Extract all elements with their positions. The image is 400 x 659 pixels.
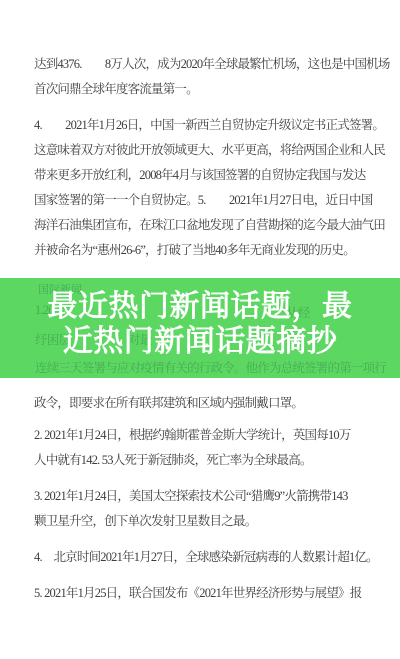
article-page: 达到4376. 8万人次，成为2020年全球最繁忙机场，这也是中国机场 首次问鼎… [0,0,400,659]
title-banner: 国际新闻 1.20 从经 纾困层 对最 连续三天签署与应对疫情有关的行政令。他作… [0,278,400,378]
text-line: 达到4376. 8万人次，成为2020年全球最繁忙机场，这也是中国机场 [34,52,372,77]
paragraph-un-report: 5. 2021年1月25日，联合国发布《2021年世界经济形势与展望》报 [34,581,372,606]
text-line: 首次问鼎全球年度客流量第一。 [34,77,372,102]
paragraph-global-cases: 4. 北京时间2021年1月27日，全球感染新冠病毒的人数累计超1亿。 [34,545,372,570]
paragraph-trade-agreement: 4. 2021年1月26日，中国一新西兰自贸协定升级议定书正式签署。 这意味着双… [34,113,372,263]
text-line: 政令，即要求在所有联邦建筑和区域内强制戴口罩。 [34,391,372,416]
text-line: 3. 2021年1月24日，美国太空探索技术公司“猎鹰9”火箭携带143 [34,484,372,509]
paragraph-uk-covid: 2. 2021年1月24日，根据约翰斯霍普金斯大学统计，英国每10万 人中就有1… [34,423,372,473]
text-line: 国家签署的第一一个自贸协定。5. 2021年1月27日电，近日中国 [34,188,372,213]
text-line: 4. 北京时间2021年1月27日，全球感染新冠病毒的人数累计超1亿。 [34,545,372,570]
article-text-upper: 达到4376. 8万人次，成为2020年全球最繁忙机场，这也是中国机场 首次问鼎… [34,52,372,274]
text-line: 4. 2021年1月26日，中国一新西兰自贸协定升级议定书正式签署。 [34,113,372,138]
article-text-lower: 政令，即要求在所有联邦建筑和区域内强制戴口罩。 2. 2021年1月24日，根据… [34,391,372,617]
text-line: 颗卫星升空，创下单次发射卫星数目之最。 [34,509,372,534]
banner-title-line-1: 最近热门新闻话题，最 [0,289,400,324]
text-line: 海洋石油集团宣布，在珠江口盆地发现了自营勘探的迄今最大油气田 [34,213,372,238]
text-line: 这意味着双方对彼此开放领域更大、水平更高，将给两国企业和人民 [34,138,372,163]
paragraph-airport: 达到4376. 8万人次，成为2020年全球最繁忙机场，这也是中国机场 首次问鼎… [34,52,372,102]
text-line: 人中就有142. 53人死于新冠肺炎，死亡率为全球最高。 [34,448,372,473]
paragraph-spacex: 3. 2021年1月24日，美国太空探索技术公司“猎鹰9”火箭携带143 颗卫星… [34,484,372,534]
text-line: 并被命名为“惠州26-6”，打破了当地40多年无商业发现的历史。 [34,238,372,263]
banner-title-line-2: 近热门新闻话题摘抄 [0,324,400,359]
text-line: 5. 2021年1月25日，联合国发布《2021年世界经济形势与展望》报 [34,581,372,606]
underlying-text-fragment: 连续三天签署与应对疫情有关的行政令。他作为总统签署的第一项行 [35,358,386,376]
banner-title: 最近热门新闻话题，最 近热门新闻话题摘抄 [0,289,400,359]
text-line: 带来更多开放红利，2008年4月与该国签署的自贸协定我国与发达 [34,163,372,188]
text-line: 2. 2021年1月24日，根据约翰斯霍普金斯大学统计，英国每10万 [34,423,372,448]
paragraph-mask-order: 政令，即要求在所有联邦建筑和区域内强制戴口罩。 [34,391,372,416]
